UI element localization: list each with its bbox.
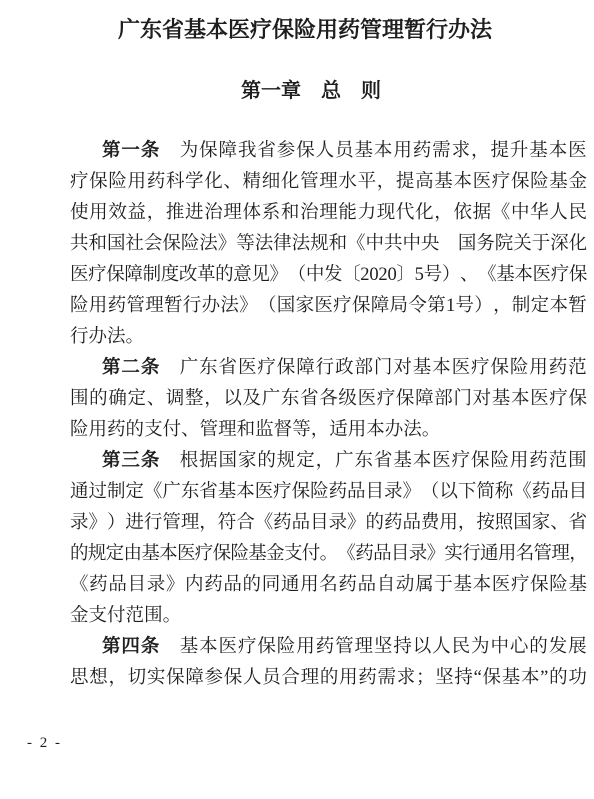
text-line: 险用药管理暂行办法》（国家医疗保障局令第1号），制定本暂 <box>70 291 587 322</box>
char: 》 <box>270 260 288 290</box>
char: 用 <box>439 508 457 538</box>
char: ， <box>569 539 587 569</box>
char: 付 <box>163 415 182 445</box>
char: 调 <box>166 384 185 414</box>
char: 用 <box>339 663 358 693</box>
char: 医 <box>492 570 511 600</box>
char: 》 <box>218 229 236 259</box>
char: 险 <box>530 167 549 197</box>
char: 医 <box>177 539 195 569</box>
char: 险 <box>490 446 509 476</box>
char: 制 <box>512 291 531 321</box>
char: 保 <box>199 136 218 166</box>
text-line: 第三条 根据国家的规定，广东省基本医疗保险用药范围 <box>70 446 587 477</box>
char: 家 <box>296 291 315 321</box>
char: ， <box>493 291 512 321</box>
char: 障 <box>371 291 390 321</box>
char: 范 <box>549 446 568 476</box>
char: 代 <box>396 198 415 228</box>
char: ） <box>474 291 493 321</box>
char: 医 <box>568 136 587 166</box>
char: 录 <box>384 477 402 507</box>
char: 药 <box>204 570 223 600</box>
char: 治 <box>204 198 223 228</box>
char: 本 <box>511 384 530 414</box>
char: 本 <box>159 539 177 569</box>
char: 以 <box>223 384 242 414</box>
char: 意 <box>233 260 251 290</box>
article-number-char: 条 <box>141 446 160 476</box>
char: 本 <box>473 570 492 600</box>
char: 医 <box>314 291 333 321</box>
char: 用 <box>529 353 548 383</box>
char: 学 <box>185 167 204 197</box>
char: 疗 <box>549 384 568 414</box>
char: 发 <box>324 260 342 290</box>
char: ， <box>377 167 396 197</box>
char: 《 <box>144 477 162 507</box>
char: 号 <box>424 260 442 290</box>
text-line: 金支付范围。 <box>70 601 587 632</box>
char: 基 <box>180 632 199 662</box>
char: 法 <box>292 229 310 259</box>
char: 和 <box>281 198 300 228</box>
char: 录 <box>70 508 88 538</box>
char: ， <box>147 198 166 228</box>
char: 《 <box>513 477 531 507</box>
char: 令 <box>408 291 427 321</box>
char: 院 <box>495 229 513 259</box>
char: 规 <box>88 539 106 569</box>
text-line: 第一条 为保障我省参保人员基本用药需求，提升基本医 <box>70 136 587 167</box>
char: 革 <box>197 260 215 290</box>
char: 办 <box>202 291 221 321</box>
char: 暂 <box>164 291 183 321</box>
char: 的 <box>70 539 88 569</box>
char: 》 <box>88 508 106 538</box>
char: 录 <box>329 508 347 538</box>
char: 基 <box>248 539 266 569</box>
char <box>160 136 179 166</box>
char: 药 <box>316 632 335 662</box>
char: 省 <box>219 353 238 383</box>
char: 的 <box>89 384 108 414</box>
article-number-char: 条 <box>141 632 160 662</box>
char: 根 <box>180 446 199 476</box>
char <box>160 446 179 476</box>
char: 名 <box>516 539 534 569</box>
char: 自 <box>377 570 396 600</box>
char: 升 <box>510 136 529 166</box>
char: 障 <box>415 384 434 414</box>
char: 实 <box>147 663 166 693</box>
char: 0 <box>369 260 378 290</box>
char: 基 <box>492 384 511 414</box>
char: 目 <box>128 570 147 600</box>
char: 深 <box>550 229 568 259</box>
page-number: - 2 - <box>27 732 62 754</box>
char: 督 <box>274 415 293 445</box>
char: 门 <box>453 384 472 414</box>
char: 级 <box>338 384 357 414</box>
char: 本 <box>413 446 432 476</box>
char: 。 <box>126 322 145 352</box>
char: 关 <box>513 229 531 259</box>
text-line: 医疗保障制度改革的意见》（中发〔2020〕5号）、《基本医疗保 <box>70 260 587 291</box>
char: 细 <box>262 167 281 197</box>
char: 力 <box>358 198 377 228</box>
char: 思 <box>70 663 89 693</box>
char: 。 <box>422 415 441 445</box>
char: 疗 <box>257 353 276 383</box>
document-body: 第一条 为保障我省参保人员基本用药需求，提升基本医疗保险用药科学化、精细化管理水… <box>70 136 587 694</box>
char: 的 <box>126 415 145 445</box>
char: 范 <box>568 353 587 383</box>
char: 第 <box>427 291 446 321</box>
char: 广 <box>180 353 199 383</box>
char: 本 <box>366 415 385 445</box>
char: 法 <box>199 229 217 259</box>
char: 药 <box>549 353 568 383</box>
char: 5 <box>415 260 424 290</box>
char: 国 <box>513 508 531 538</box>
char: 保 <box>569 260 587 290</box>
char: 险 <box>510 353 529 383</box>
char: 保 <box>352 291 371 321</box>
char: 定 <box>125 477 143 507</box>
text-line: 第四条 基本医疗保险用药管理坚持以人民为中心的发展 <box>70 632 587 663</box>
char: 保 <box>89 167 108 197</box>
char: 以 <box>413 632 432 662</box>
char: 险 <box>108 167 127 197</box>
char: 药 <box>108 291 127 321</box>
char: 坚 <box>374 632 393 662</box>
char: 围 <box>144 601 163 631</box>
char: 药 <box>413 136 432 166</box>
char: 通 <box>281 570 300 600</box>
char: 务 <box>476 229 494 259</box>
char: 现 <box>377 198 396 228</box>
char: 本 <box>432 353 451 383</box>
char: 品 <box>347 477 365 507</box>
char: 药 <box>273 508 291 538</box>
char: 参 <box>205 663 224 693</box>
char: 理 <box>301 663 320 693</box>
char: 管 <box>162 508 180 538</box>
char: 障 <box>219 136 238 166</box>
article-number-char: 二 <box>121 353 140 383</box>
char: 理 <box>145 291 164 321</box>
char: 国 <box>277 291 296 321</box>
char: 用 <box>296 632 315 662</box>
char: 体 <box>243 198 262 228</box>
char: 行 <box>183 291 202 321</box>
char: 理 <box>181 508 199 538</box>
char: 的 <box>243 570 262 600</box>
char: 化 <box>415 198 434 228</box>
char: 简 <box>476 477 494 507</box>
char: 于 <box>532 229 550 259</box>
char: 理 <box>354 632 373 662</box>
char: 行 <box>144 508 162 538</box>
char: 本 <box>521 663 540 693</box>
char: 和 <box>329 229 347 259</box>
char: 医 <box>255 477 273 507</box>
char: ， <box>108 663 127 693</box>
char: 2 <box>360 260 369 290</box>
char: 为 <box>180 136 199 166</box>
char: 提 <box>490 136 509 166</box>
char: 支 <box>89 601 108 631</box>
chapter-heading: 第一章 总 则 <box>14 78 594 104</box>
char: 基 <box>141 539 159 569</box>
char: 过 <box>88 477 106 507</box>
char: 》 <box>402 477 420 507</box>
char: 医 <box>70 260 88 290</box>
char: 参 <box>277 136 296 166</box>
char: 对 <box>473 384 492 414</box>
char: 药 <box>532 477 550 507</box>
char: 精 <box>243 167 262 197</box>
char: 省 <box>569 508 587 538</box>
text-line: 录》）进行管理，符合《药品目录》的药品费用，按照国家、省 <box>70 508 587 539</box>
char: 保 <box>277 353 296 383</box>
text-line: 《药品目录》内药品的同通用名药品自动属于基本医疗保险基 <box>70 570 587 601</box>
char: ， <box>199 508 217 538</box>
char: 医 <box>533 260 551 290</box>
char: 办 <box>385 415 404 445</box>
char: 的 <box>320 663 339 693</box>
char: 基 <box>434 167 453 197</box>
char: 国 <box>107 229 125 259</box>
char: 医 <box>452 353 471 383</box>
char: 系 <box>262 198 281 228</box>
char: 等 <box>236 229 254 259</box>
char: 求 <box>397 663 416 693</box>
char: 障 <box>124 260 142 290</box>
char: 为 <box>471 632 490 662</box>
text-line: 使用效益，推进治理体系和治理能力现代化，依据《中华人民 <box>70 198 587 229</box>
char: 品 <box>402 508 420 538</box>
char: 疗 <box>88 260 106 290</box>
char: 我 <box>238 136 257 166</box>
char: 险 <box>70 291 89 321</box>
char: 保 <box>292 477 310 507</box>
char: 中 <box>366 229 384 259</box>
char: 疗 <box>511 570 530 600</box>
char: 用 <box>89 198 108 228</box>
char: 险 <box>277 632 296 662</box>
char: 由 <box>123 539 141 569</box>
document-title: 广东省基本医疗保险用药管理暂行办法 <box>8 13 594 47</box>
char: 定 <box>106 539 124 569</box>
char: 范 <box>126 601 145 631</box>
char: 及 <box>243 384 262 414</box>
char: 改 <box>179 260 197 290</box>
char: 付 <box>107 601 126 631</box>
char: 药 <box>338 570 357 600</box>
char: 疗 <box>452 446 471 476</box>
char: 的 <box>549 663 568 693</box>
char: （ <box>288 260 306 290</box>
char: 进 <box>185 198 204 228</box>
char: ， <box>471 136 490 166</box>
char: 目 <box>391 539 409 569</box>
char: 科 <box>166 167 185 197</box>
char: 人 <box>432 632 451 662</box>
char: 1 <box>446 291 455 321</box>
char: 品 <box>550 477 568 507</box>
char: 障 <box>296 353 315 383</box>
char: 本 <box>549 136 568 166</box>
char: 坚 <box>435 663 454 693</box>
char: 提 <box>396 167 415 197</box>
char: 目 <box>366 477 384 507</box>
char: 整 <box>185 384 204 414</box>
char: 基 <box>568 570 587 600</box>
char: 等 <box>292 415 311 445</box>
char: 品 <box>358 570 377 600</box>
char: 金 <box>70 601 89 631</box>
char: 用 <box>393 136 412 166</box>
char: 东 <box>199 353 218 383</box>
char: 通 <box>480 539 498 569</box>
char: 同 <box>262 570 281 600</box>
char: 药 <box>147 167 166 197</box>
char: 化 <box>204 167 223 197</box>
char: 和 <box>88 229 106 259</box>
char: 理 <box>223 198 242 228</box>
char <box>160 632 179 662</box>
char: 部 <box>354 353 373 383</box>
char: 的 <box>366 508 384 538</box>
char: 保 <box>166 663 185 693</box>
char: 需 <box>432 136 451 166</box>
char: 品 <box>292 508 310 538</box>
char: 医 <box>219 632 238 662</box>
char: 保 <box>224 663 243 693</box>
char: 的 <box>529 632 548 662</box>
char: 法 <box>107 322 126 352</box>
char: 管 <box>200 415 219 445</box>
char: 律 <box>273 229 291 259</box>
char: 支 <box>144 415 163 445</box>
char: 本 <box>549 291 568 321</box>
char: 人 <box>549 198 568 228</box>
char: 进 <box>125 508 143 538</box>
text-line: 的规定由基本医疗保险基金支付。《药品目录》实行通用名管理， <box>70 539 587 570</box>
char: 管 <box>300 167 319 197</box>
article-number-char: 第 <box>102 446 121 476</box>
char: 基 <box>549 167 568 197</box>
char: 疗 <box>471 353 490 383</box>
char: 下 <box>458 477 476 507</box>
char: 法 <box>220 291 239 321</box>
char: 本 <box>453 167 472 197</box>
char: ， <box>204 384 223 414</box>
char: 会 <box>144 229 162 259</box>
char: 医 <box>358 384 377 414</box>
char: 的 <box>215 260 233 290</box>
char: 属 <box>415 570 434 600</box>
char: 付 <box>302 539 320 569</box>
char: 规 <box>277 446 296 476</box>
char: 保 <box>396 384 415 414</box>
char: 共 <box>384 229 402 259</box>
char: 保 <box>511 167 530 197</box>
char: 基 <box>218 477 236 507</box>
text-line: 险用药的支付、管理和监督等，适用本办法。 <box>70 415 587 446</box>
char: ， <box>316 446 335 476</box>
char: 需 <box>378 663 397 693</box>
char: 使 <box>70 198 89 228</box>
article-number-char: 四 <box>121 632 140 662</box>
char: 用 <box>348 415 367 445</box>
char: 共 <box>70 229 88 259</box>
char: 《 <box>70 570 89 600</box>
char: 号 <box>455 291 474 321</box>
char: 、 <box>181 415 200 445</box>
article-number-char: 第 <box>102 136 121 166</box>
char: 疗 <box>492 167 511 197</box>
char: 广 <box>162 477 180 507</box>
char: 费 <box>421 508 439 538</box>
char: 管 <box>534 539 552 569</box>
char: 》 <box>239 291 258 321</box>
char: 险 <box>70 415 89 445</box>
article-number-char: 条 <box>141 353 160 383</box>
char: 平 <box>358 167 377 197</box>
char: 理 <box>319 198 338 228</box>
char: 东 <box>181 477 199 507</box>
char: 保 <box>568 384 587 414</box>
char: 用 <box>498 539 516 569</box>
char: 行 <box>316 353 335 383</box>
char: 围 <box>70 384 89 414</box>
char: 保 <box>162 229 180 259</box>
char: 家 <box>238 446 257 476</box>
char: 中 <box>306 260 324 290</box>
char: 药 <box>384 508 402 538</box>
char: 》 <box>166 570 185 600</box>
char: 医 <box>473 167 492 197</box>
char: 人 <box>243 663 262 693</box>
char: 金 <box>568 167 587 197</box>
char: 定 <box>296 446 315 476</box>
char: 支 <box>284 539 302 569</box>
char: 医 <box>238 353 257 383</box>
char: 员 <box>335 136 354 166</box>
char: 用 <box>128 167 147 197</box>
char: 据 <box>473 198 492 228</box>
char: 依 <box>453 198 472 228</box>
char: 部 <box>434 384 453 414</box>
char: 持 <box>393 632 412 662</box>
char: 》 <box>427 539 445 569</box>
char: 央 <box>421 229 439 259</box>
char: 定 <box>128 384 147 414</box>
char: 品 <box>373 539 391 569</box>
char: ， <box>434 198 453 228</box>
char: 用 <box>89 415 108 445</box>
char: 理 <box>218 415 237 445</box>
char: ） <box>442 260 460 290</box>
char: 本 <box>199 632 218 662</box>
char: 用 <box>510 446 529 476</box>
char: 暂 <box>568 291 587 321</box>
char: 〕 <box>397 260 415 290</box>
char: 疗 <box>195 539 213 569</box>
